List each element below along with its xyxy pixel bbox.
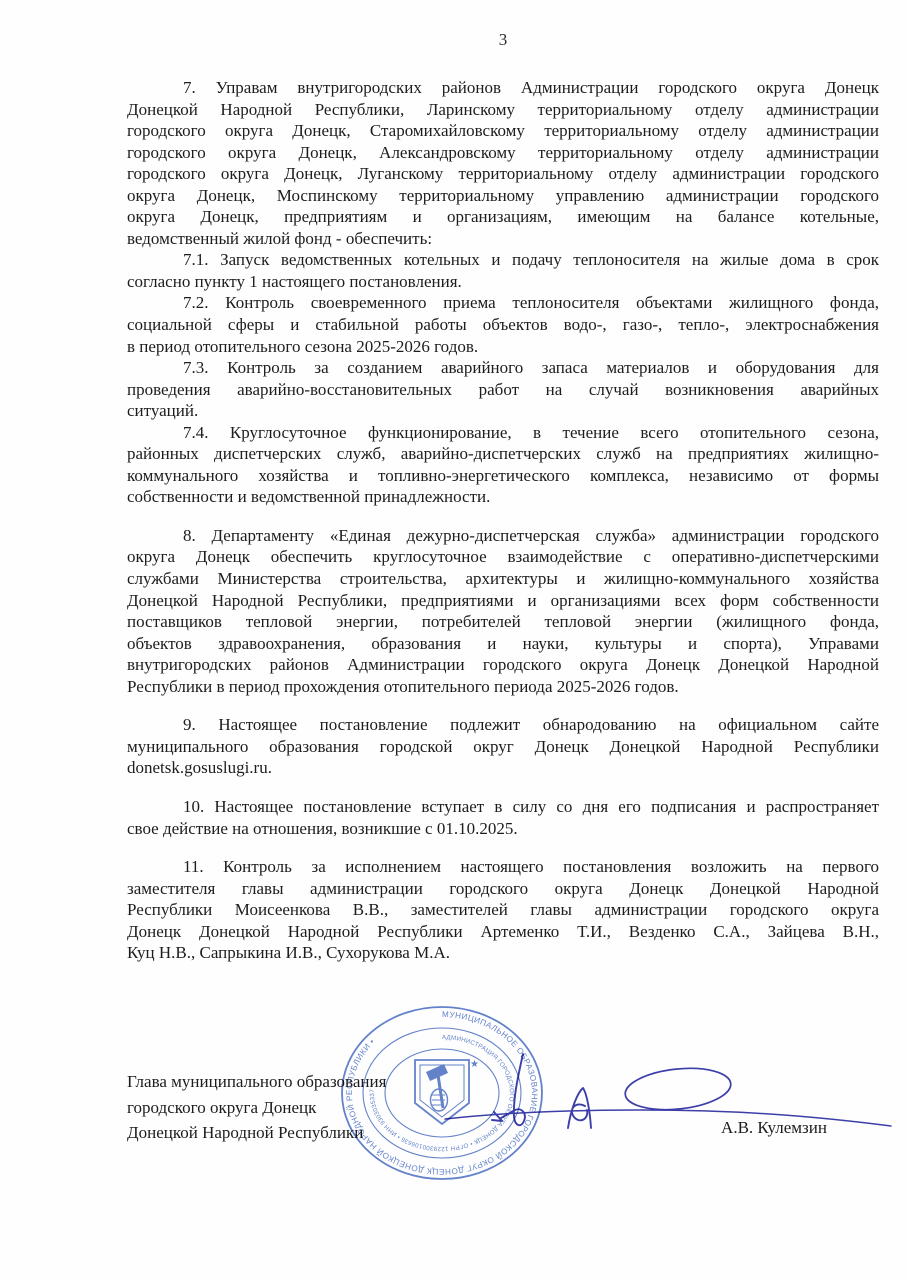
text-line: 7. Управам внутригородских районов Админ… [127, 77, 879, 99]
text-line: районных диспетчерских служб, аварийно-д… [127, 443, 879, 465]
text-line: округа Донецк обеспечить круглосуточное … [127, 546, 879, 568]
text-line: службами Министерства строительства, арх… [127, 568, 879, 590]
paragraph-7-4: 7.4. Круглосуточное функционирование, в … [127, 422, 879, 508]
text-line: Республики Моисеенкова В.В., заместителе… [127, 899, 879, 921]
paragraph-7-1: 7.1. Запуск ведомственных котельных и по… [127, 249, 879, 292]
text-line: 7.1. Запуск ведомственных котельных и по… [127, 249, 879, 271]
text-line: свое действие на отношения, возникшие с … [127, 818, 879, 840]
text-line: муниципального образования городской окр… [127, 736, 879, 758]
text-line: согласно пункту 1 настоящего постановлен… [127, 271, 879, 293]
text-line: заместителя главы администрации городско… [127, 878, 879, 900]
text-line: 7.2. Контроль своевременного приема тепл… [127, 292, 879, 314]
text-line: donetsk.gosuslugi.ru. [127, 757, 879, 779]
text-line: Донецкой Народной Республики, Ларинскому… [127, 99, 879, 121]
text-line: округа Донецк, предприятиям и организаци… [127, 206, 879, 228]
text-line: Республики в период прохождения отопител… [127, 676, 879, 698]
text-line: в период отопительного сезона 2025-2026 … [127, 336, 879, 358]
text-line: 9. Настоящее постановление подлежит обна… [127, 714, 879, 736]
paragraph-11: 11. Контроль за исполнением настоящего п… [127, 856, 879, 964]
text-line: округа Донецк, Моспинскому территориальн… [127, 185, 879, 207]
paragraph-7-2: 7.2. Контроль своевременного приема тепл… [127, 292, 879, 357]
signature-letter-a [492, 1054, 525, 1125]
text-line: городского округа Донецк, Старомихайловс… [127, 120, 879, 142]
text-line: Донецк Донецкой Народной Республики Арте… [127, 921, 879, 943]
text-line: собственности и ведомственной принадлежн… [127, 486, 879, 508]
paragraph-7-3: 7.3. Контроль за созданием аварийного за… [127, 357, 879, 422]
text-line: социальной сферы и стабильной работы объ… [127, 314, 879, 336]
text-line: 11. Контроль за исполнением настоящего п… [127, 856, 879, 878]
paragraph-8: 8. Департаменту «Единая дежурно-диспетче… [127, 525, 879, 697]
signer-name: А.В. Кулемзин [700, 1118, 848, 1138]
text-line: ведомственный жилой фонд - обеспечить: [127, 228, 879, 250]
paragraph-10: 10. Настоящее постановление вступает в с… [127, 796, 879, 839]
text-line: 7.4. Круглосуточное функционирование, в … [127, 422, 879, 444]
text-line: ситуаций. [127, 400, 879, 422]
text-line: Куц Н.В., Сапрыкина И.В., Сухорукова М.А… [127, 942, 879, 964]
text-line: проведения аварийно-восстановительных ра… [127, 379, 879, 401]
text-line: коммунального хозяйства и топливно-энерг… [127, 465, 879, 487]
document-body: 7. Управам внутригородских районов Админ… [127, 77, 879, 964]
page-number: 3 [127, 30, 879, 50]
text-line: 8. Департаменту «Единая дежурно-диспетче… [127, 525, 879, 547]
text-line: городского округа Донецк, Луганскому тер… [127, 163, 879, 185]
document-page: 3 7. Управам внутригородских районов Адм… [0, 0, 907, 1280]
signature-letter-b [568, 1088, 591, 1128]
paragraph-9: 9. Настоящее постановление подлежит обна… [127, 714, 879, 779]
text-line: 7.3. Контроль за созданием аварийного за… [127, 357, 879, 379]
signature-flourish-loop [623, 1064, 733, 1115]
text-line: 10. Настоящее постановление вступает в с… [127, 796, 879, 818]
text-line: внутригородских районов Администрации го… [127, 654, 879, 676]
text-line: поставщиков тепловой энергии, потребител… [127, 611, 879, 633]
text-line: городского округа Донецк, Александровско… [127, 142, 879, 164]
paragraph-7: 7. Управам внутригородских районов Админ… [127, 77, 879, 249]
text-line: Донецкой Народной Республики, предприяти… [127, 590, 879, 612]
text-line: объектов здравоохранения, образования и … [127, 633, 879, 655]
